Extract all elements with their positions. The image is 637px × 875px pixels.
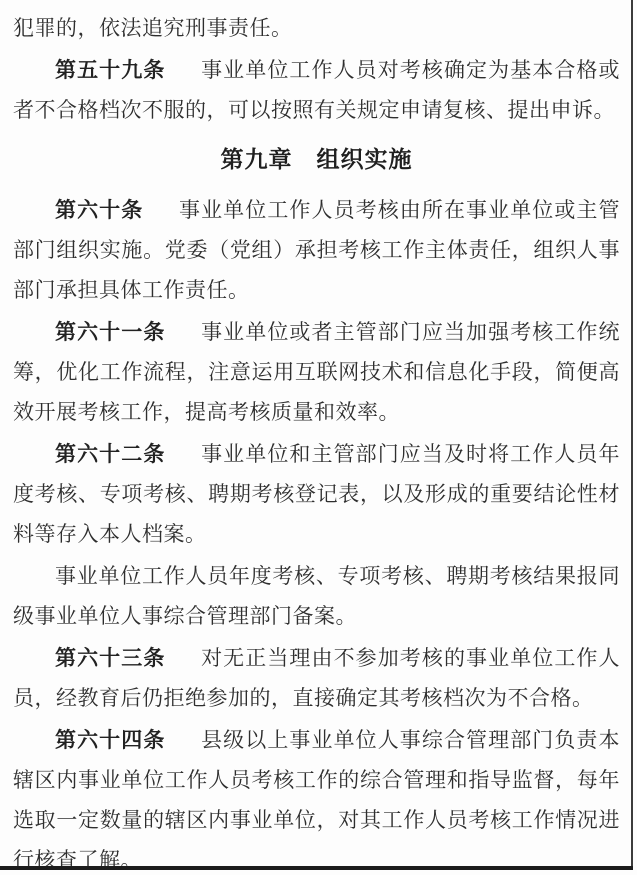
paragraph-article-59: 第五十九条事业单位工作人员对考核确定为基本合格或者不合格档次不服的，可以按照有关…: [13, 50, 620, 130]
article-number: 第六十二条: [55, 442, 165, 466]
paragraph-article-61: 第六十一条事业单位或者主管部门应当加强考核工作统筹，优化工作流程，注意运用互联网…: [13, 312, 620, 432]
article-number: 第六十条: [55, 198, 143, 222]
paragraph-continuation: 犯罪的，依法追究刑事责任。: [13, 8, 620, 48]
document-page: 犯罪的，依法追究刑事责任。 第五十九条事业单位工作人员对考核确定为基本合格或者不…: [0, 0, 637, 875]
page-bottom-border-rule: [0, 866, 633, 870]
page-right-border-rule: [631, 0, 633, 870]
paragraph-text: 事业单位工作人员年度考核、专项考核、聘期考核结果报同级事业单位人事综合管理部门备…: [13, 564, 620, 628]
paragraph-article-60: 第六十条事业单位工作人员考核由所在事业单位或主管部门组织实施。党委（党组）承担考…: [13, 190, 620, 310]
document-body: 犯罪的，依法追究刑事责任。 第五十九条事业单位工作人员对考核确定为基本合格或者不…: [13, 8, 620, 875]
paragraph-text: 犯罪的，依法追究刑事责任。: [13, 16, 293, 40]
paragraph-article-62: 第六十二条事业单位和主管部门应当及时将工作人员年度考核、专项考核、聘期考核登记表…: [13, 434, 620, 554]
paragraph-article-64: 第六十四条县级以上事业单位人事综合管理部门负责本辖区内事业单位工作人员考核工作的…: [13, 720, 620, 875]
article-number: 第六十三条: [55, 646, 165, 670]
chapter-heading: 第九章 组织实施: [13, 139, 620, 179]
article-number: 第六十四条: [55, 728, 165, 752]
paragraph-filing: 事业单位工作人员年度考核、专项考核、聘期考核结果报同级事业单位人事综合管理部门备…: [13, 556, 620, 636]
article-number: 第五十九条: [55, 58, 165, 82]
article-number: 第六十一条: [55, 320, 165, 344]
paragraph-article-63: 第六十三条对无正当理由不参加考核的事业单位工作人员，经教育后仍拒绝参加的，直接确…: [13, 638, 620, 718]
